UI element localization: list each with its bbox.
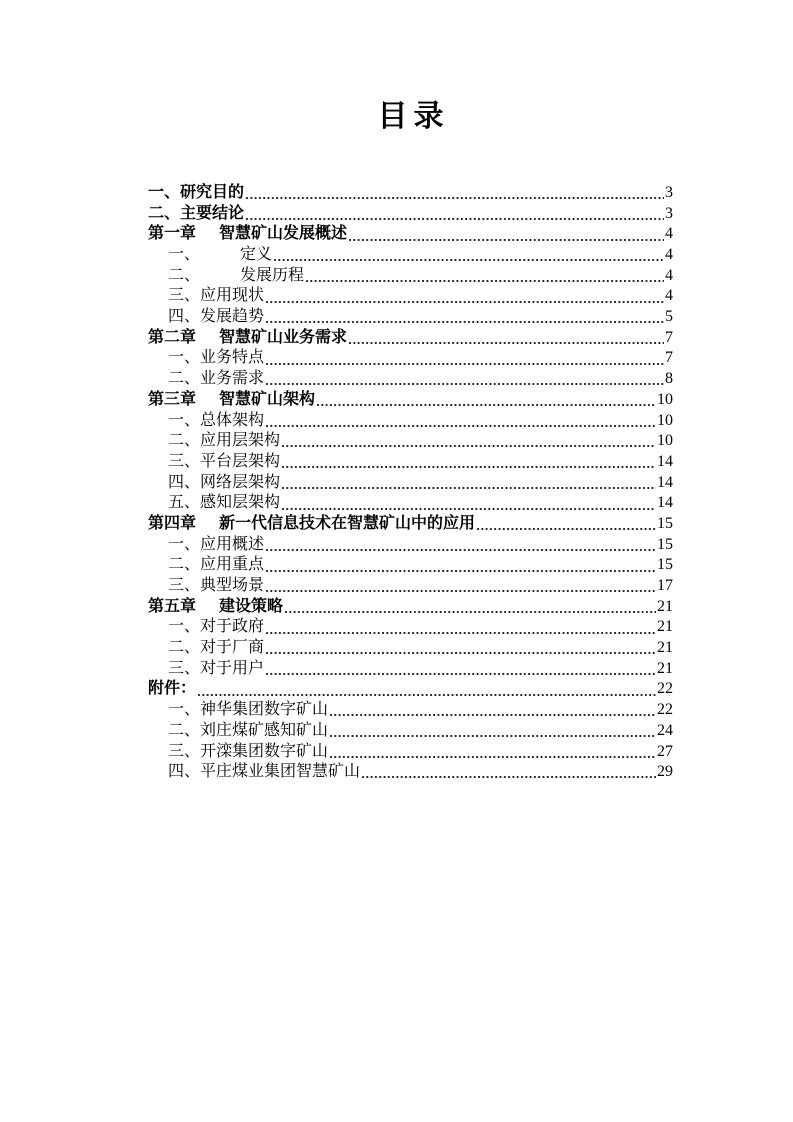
toc-entry-label: 一、研究目的 — [148, 183, 244, 204]
toc-entry-page: 22 — [657, 700, 673, 721]
toc-leader-dots — [330, 721, 656, 742]
toc-entry[interactable]: 一、神华集团数字矿山 22 — [148, 700, 673, 721]
toc-entry-page: 4 — [665, 245, 673, 266]
toc-leader-dots — [266, 535, 656, 556]
toc-entry-number: 一、 — [168, 245, 240, 266]
toc-entry-page: 27 — [657, 742, 673, 763]
toc-entry-label: 三、平台层架构 — [168, 452, 280, 473]
toc-entry[interactable]: 三、应用现状 4 — [148, 286, 673, 307]
toc-entry-page: 5 — [665, 307, 673, 328]
toc-entry-label: 二、业务需求 — [168, 369, 264, 390]
toc-leader-dots — [349, 328, 664, 349]
toc-leader-dots — [266, 349, 664, 370]
toc-leader-dots — [266, 576, 656, 597]
toc-entry-page: 15 — [657, 555, 673, 576]
toc-entry[interactable]: 三、典型场景 17 — [148, 576, 673, 597]
toc-leader-dots — [282, 452, 656, 473]
toc-entry[interactable]: 二、刘庄煤矿感知矿山 24 — [148, 721, 673, 742]
toc-entry[interactable]: 二、业务需求 8 — [148, 369, 673, 390]
document-page: 目录 一、研究目的 3 二、主要结论 3 第一章 智慧矿山发展概述 4 一、 定… — [0, 0, 793, 1122]
toc-entry-number: 第一章 — [148, 224, 219, 245]
toc-entry-label: 智慧矿山业务需求 — [219, 328, 347, 349]
toc-entry-page: 3 — [665, 204, 673, 225]
toc-entry[interactable]: 二、应用重点 15 — [148, 555, 673, 576]
toc-leader-dots — [330, 700, 656, 721]
toc-entry-label: 三、应用现状 — [168, 286, 264, 307]
toc-leader-dots — [306, 266, 664, 287]
toc-leader-dots — [266, 555, 656, 576]
toc-entry-label: 一、对于政府 — [168, 617, 264, 638]
toc-leader-dots — [266, 659, 656, 680]
toc-entry[interactable]: 一、应用概述 15 — [148, 535, 673, 556]
toc-entry-label: 附件： — [148, 679, 196, 700]
toc-entry-page: 10 — [657, 411, 673, 432]
toc-entry[interactable]: 第五章 建设策略 21 — [148, 597, 673, 618]
toc-leader-dots — [477, 514, 656, 535]
toc-entry[interactable]: 四、发展趋势 5 — [148, 307, 673, 328]
toc-entry-page: 10 — [657, 431, 673, 452]
toc-leader-dots — [266, 411, 656, 432]
toc-entry-label: 四、网络层架构 — [168, 473, 280, 494]
toc-leader-dots — [266, 286, 664, 307]
toc-leader-dots — [246, 183, 664, 204]
toc-entry-page: 10 — [657, 390, 673, 411]
toc-entry-label: 四、平庄煤业集团智慧矿山 — [168, 762, 360, 783]
toc-entry-page: 24 — [657, 721, 673, 742]
toc-entry-number: 第四章 — [148, 514, 219, 535]
toc-entry[interactable]: 附件： 22 — [148, 680, 673, 701]
toc-entry-page: 3 — [665, 183, 673, 204]
toc-entry-number: 第五章 — [148, 597, 219, 618]
toc-entry[interactable]: 第二章 智慧矿山业务需求 7 — [148, 328, 673, 349]
toc-entry-label: 智慧矿山架构 — [219, 390, 315, 411]
toc-entry-number: 二、 — [168, 266, 240, 287]
toc-entry-page: 21 — [657, 638, 673, 659]
toc-entry-page: 14 — [657, 452, 673, 473]
toc-entry[interactable]: 一、对于政府 21 — [148, 617, 673, 638]
toc-leader-dots — [266, 638, 656, 659]
toc-entry-label: 发展历程 — [240, 266, 304, 287]
toc-entry-number: 第二章 — [148, 328, 219, 349]
toc-entry[interactable]: 第四章 新一代信息技术在智慧矿山中的应用 15 — [148, 514, 673, 535]
toc-entry-label: 二、应用重点 — [168, 555, 264, 576]
toc-leader-dots — [266, 617, 656, 638]
toc-leader-dots — [198, 680, 656, 701]
toc-entry-page: 29 — [657, 762, 673, 783]
toc-entry-page: 15 — [657, 514, 673, 535]
toc-entry[interactable]: 二、主要结论 3 — [148, 204, 673, 225]
toc-entry[interactable]: 一、 定义 4 — [148, 245, 673, 266]
toc-leader-dots — [274, 245, 664, 266]
toc-leader-dots — [282, 473, 656, 494]
toc-entry-label: 建设策略 — [219, 597, 283, 618]
toc-entry-page: 7 — [665, 328, 673, 349]
toc-entry-page: 22 — [657, 679, 673, 700]
toc-entry-page: 4 — [665, 286, 673, 307]
toc-entry[interactable]: 五、感知层架构 14 — [148, 493, 673, 514]
toc-entry-label: 一、总体架构 — [168, 411, 264, 432]
toc-entry-label: 一、神华集团数字矿山 — [168, 700, 328, 721]
toc-list: 一、研究目的 3 二、主要结论 3 第一章 智慧矿山发展概述 4 一、 定义 4… — [148, 183, 673, 783]
toc-entry[interactable]: 第三章 智慧矿山架构 10 — [148, 390, 673, 411]
toc-entry-label: 二、主要结论 — [148, 204, 244, 225]
toc-leader-dots — [266, 369, 664, 390]
toc-entry[interactable]: 四、平庄煤业集团智慧矿山 29 — [148, 762, 673, 783]
toc-leader-dots — [246, 204, 664, 225]
toc-leader-dots — [349, 224, 664, 245]
toc-leader-dots — [362, 762, 656, 783]
toc-entry-page: 21 — [657, 617, 673, 638]
toc-entry[interactable]: 第一章 智慧矿山发展概述 4 — [148, 224, 673, 245]
toc-leader-dots — [330, 742, 656, 763]
toc-entry-label: 新一代信息技术在智慧矿山中的应用 — [219, 514, 475, 535]
toc-entry[interactable]: 二、对于厂商 21 — [148, 638, 673, 659]
toc-entry[interactable]: 一、总体架构 10 — [148, 411, 673, 432]
toc-entry-page: 21 — [657, 659, 673, 680]
toc-entry[interactable]: 一、业务特点 7 — [148, 349, 673, 370]
toc-entry-page: 8 — [665, 369, 673, 390]
toc-entry-label: 定义 — [240, 245, 272, 266]
toc-leader-dots — [282, 493, 656, 514]
toc-entry-page: 7 — [665, 348, 673, 369]
toc-entry-label: 智慧矿山发展概述 — [219, 224, 347, 245]
toc-entry-label: 二、应用层架构 — [168, 431, 280, 452]
toc-entry[interactable]: 三、开滦集团数字矿山 27 — [148, 742, 673, 763]
toc-entry-label: 一、应用概述 — [168, 535, 264, 556]
toc-leader-dots — [285, 597, 656, 618]
toc-entry-page: 15 — [657, 535, 673, 556]
toc-entry-label: 四、发展趋势 — [168, 307, 264, 328]
toc-entry-page: 21 — [657, 597, 673, 618]
toc-entry[interactable]: 一、研究目的 3 — [148, 183, 673, 204]
toc-entry[interactable]: 三、对于用户 21 — [148, 659, 673, 680]
toc-entry-number: 第三章 — [148, 390, 219, 411]
toc-entry-label: 二、刘庄煤矿感知矿山 — [168, 721, 328, 742]
toc-entry-page: 17 — [657, 576, 673, 597]
toc-entry-label: 三、开滦集团数字矿山 — [168, 742, 328, 763]
toc-entry[interactable]: 二、 发展历程 4 — [148, 266, 673, 287]
toc-entry-page: 4 — [665, 224, 673, 245]
toc-entry-label: 二、对于厂商 — [168, 638, 264, 659]
toc-entry-label: 三、典型场景 — [168, 576, 264, 597]
toc-entry-label: 一、业务特点 — [168, 348, 264, 369]
toc-entry-label: 五、感知层架构 — [168, 493, 280, 514]
toc-entry-label: 三、对于用户 — [168, 659, 264, 680]
toc-entry-page: 14 — [657, 473, 673, 494]
toc-leader-dots — [317, 390, 656, 411]
toc-entry-page: 4 — [665, 266, 673, 287]
toc-entry-page: 14 — [657, 493, 673, 514]
toc-leader-dots — [266, 307, 664, 328]
page-title: 目录 — [148, 99, 673, 135]
toc-entry[interactable]: 三、平台层架构 14 — [148, 452, 673, 473]
toc-leader-dots — [282, 431, 656, 452]
toc-entry[interactable]: 四、网络层架构 14 — [148, 473, 673, 494]
toc-entry[interactable]: 二、应用层架构 10 — [148, 431, 673, 452]
